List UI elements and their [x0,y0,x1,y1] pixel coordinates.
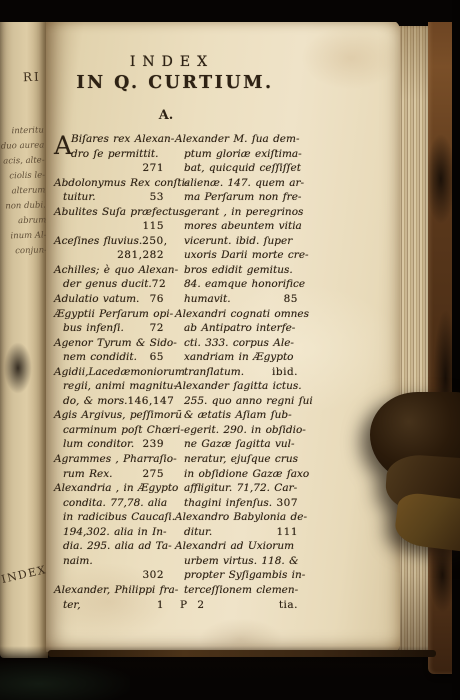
index-entry-text: 255. quo anno regni ſui [175,394,313,409]
neighbor-text-fragment: non dubi. [2,198,46,214]
index-entry-text: ptum gloriæ exiſtima- [175,147,302,162]
book-page: INDEX IN Q. CURTIUM. A. ABiſares rex Ale… [46,20,400,652]
index-line: ab Antipatro interfe- [175,321,300,336]
index-line: nem condidit.65 [54,350,166,365]
index-entry-text: egerit. 290. in obſidio- [175,423,306,438]
book-clasp-lower [393,491,460,552]
index-entry-text: Ægyptii Perſarum opi- [54,307,173,322]
index-line: lum conditor.239 [54,437,166,452]
index-entry-text: bus infenſi. [54,321,124,336]
index-entry-text: Alexander ſagitta ictus. [175,379,302,394]
page-number: 302 [142,568,166,583]
index-line: propter Syſigambis in- [175,568,300,583]
index-entry-text: gerant , in peregrinos [175,205,303,220]
index-line: condita. 77,78. alia [54,496,166,511]
index-line: do, & mors.146,147 [54,394,166,409]
index-line: 255. quo anno regni ſui [175,394,300,409]
index-entry-text: Abdolonymus Rex conſti- [54,176,189,191]
index-line: bus infenſi.72 [54,321,166,336]
index-line: uxoris Darii morte cre- [175,248,300,263]
index-line: tuitur.53 [54,190,166,205]
index-entry-text: Alexander, Philippi fra- [54,583,178,598]
page-number: 307 [276,496,300,511]
page-number: 72 [150,321,166,336]
neighbor-text-fragment: acis, alte- [1,153,45,169]
index-entry-text: Alexandri ad Uxiorum [175,539,294,554]
background-right [452,0,460,700]
index-entry-text: bat, quicquid ceſſiſſet [175,161,301,176]
index-line: Alexandria , in Ægypto [54,481,166,496]
page-number: 53 [150,190,166,205]
index-entry-text: Adulatio vatum. [54,292,139,307]
page-number: 76 [150,292,166,307]
index-line: ptum gloriæ exiſtima- [175,147,300,162]
index-entry-text: Alexandri cognati omnes [175,307,309,322]
index-line: Alexandro Babylonia de- [175,510,300,525]
index-line: Alexandri ad Uxiorum [175,539,300,554]
page-subtitle: IN Q. CURTIUM. [46,73,304,93]
page-number: 1 [157,598,166,613]
index-entry-text: Agis Argivus, peſſimorũ [54,408,182,423]
index-entry-text: propter Syſigambis in- [175,568,305,583]
page-number: 72 [152,277,168,292]
page-number: 275 [142,467,166,482]
background-top [0,0,460,22]
index-entry-text: bros edidit gemitus. [175,263,293,278]
neighbor-index-label: INDEX [0,563,48,586]
page-number: ibid. [272,365,300,380]
drop-cap-letter: A [54,133,72,159]
index-line: ABiſares rex Alexan- [54,132,166,147]
book-clasp [352,392,460,557]
page-number: 65 [150,350,166,365]
index-column-left: ABiſares rex Alexan-dro ſe permittit.271… [54,132,166,612]
index-entry-text: Aceſines fluvius. [54,234,142,249]
index-line: Achilles; è quo Alexan- [54,263,166,278]
index-line: Alexandri cognati omnes [175,307,300,322]
neighbor-text-fragment: conjun- [3,243,47,259]
index-line: 281,282 [54,248,166,263]
index-line: terceſſionem clemen- [175,583,300,598]
index-entry-text: humavit. [175,292,231,307]
index-line: alienæ. 147. quem ar- [175,176,300,191]
index-entry-text: Alexandria , in Ægypto [54,481,178,496]
index-line: ter,1 [54,598,166,613]
index-entry-text: Agidii,Lacedæmoniorum [54,365,185,380]
index-entry-text: terceſſionem clemen- [175,583,298,598]
index-entry-text: ter, [54,598,81,613]
index-line: urbem virtus. 118. & [175,554,300,569]
index-line: Alexander M. ſua dem- [175,132,300,147]
index-entry-text: urbem virtus. 118. & [175,554,298,569]
neighbor-text-fragment: abrum [2,213,46,229]
index-entry-text: der genus ducit. [54,277,152,292]
index-line: der genus ducit.72 [54,277,166,292]
index-entry-text: Agrammes , Pharraſio- [54,452,177,467]
index-entry-text: dia. 295. alia ad Ta- [54,539,172,554]
index-entry-text: tranſlatum. [175,365,244,380]
page-stain [4,342,32,394]
index-entry-text: ma Perſarum non fre- [175,190,301,205]
index-entry-text: lum conditor. [54,437,134,452]
neighbor-text-fragment: ciolis le- [1,168,45,184]
index-entry-text: Achilles; è quo Alexan- [54,263,178,278]
index-line: gerant , in peregrinos [175,205,300,220]
index-line: ditur.111 [175,525,300,540]
index-line: egerit. 290. in obſidio- [175,423,300,438]
index-entry-text: mores abeuntem vitia [175,219,302,234]
page-title: INDEX [46,54,298,70]
index-line: Alexander, Philippi fra- [54,583,166,598]
page-number: 250, [142,234,169,249]
index-entry-text: in obſidione Gazæ ſaxo [175,467,309,482]
index-line: bros edidit gemitus. [175,263,300,278]
page-number: 115 [142,219,166,234]
index-line: & ætatis Aſiam ſub- [175,408,300,423]
index-entry-text: rum Rex. [54,467,112,482]
index-entry-text: condita. 77,78. alia [54,496,167,511]
index-line: rum Rex.275 [54,467,166,482]
index-line: Ægyptii Perſarum opi- [54,307,166,322]
index-line: ne Gazæ ſagitta vul- [175,437,300,452]
page-number: 85 [284,292,300,307]
index-line: bat, quicquid ceſſiſſet [175,161,300,176]
index-line: Agrammes , Pharraſio- [54,452,166,467]
index-entry-text: & ætatis Aſiam ſub- [175,408,292,423]
index-entry-text: tuitur. [54,190,96,205]
neighbor-text-fragment: alterum [1,183,45,199]
index-entry-text: do, & mors. [54,394,127,409]
index-entry-text: xandriam in Ægypto [175,350,293,365]
photo-background: RI interituduo aureaacis, alte-ciolis le… [0,0,460,700]
page-number: 271 [142,161,166,176]
index-line: regii, animi magnitu- [54,379,166,394]
index-entry-text: ditur. [175,525,212,540]
neighbor-page-text-fragments: interituduo aureaacis, alte-ciolis le-al… [0,123,47,259]
index-entry-text: carminum poſt Chœri- [54,423,184,438]
neighbor-text-fragment: inum Al- [3,228,47,244]
index-line: xandriam in Ægypto [175,350,300,365]
neighbor-running-title-fragment: RI [23,70,41,85]
page-number: 111 [276,525,300,540]
index-entry-text: Alexander M. ſua dem- [175,132,300,147]
index-line: tranſlatum.ibid. [175,365,300,380]
index-line: vicerunt. ibid. ſuper [175,234,300,249]
previous-page-edge: RI interituduo aureaacis, alte-ciolis le… [0,12,48,658]
neighbor-text-fragment: interitu [0,123,44,139]
index-entry-text: 194,302. alia in In- [54,525,167,540]
index-entry-text: regii, animi magnitu- [54,379,177,394]
index-columns: ABiſares rex Alexan-dro ſe permittit.271… [54,132,300,612]
index-line: dia. 295. alia ad Ta- [54,539,166,554]
index-entry-text: uxoris Darii morte cre- [175,248,309,263]
index-line: carminum poſt Chœri- [54,423,166,438]
index-line: Agenor Tyrum & Sido- [54,336,166,351]
page-number: 281,282 [117,248,166,263]
index-line: naim. [54,554,166,569]
index-line: 194,302. alia in In- [54,525,166,540]
index-line: Abdolonymus Rex conſti- [54,176,166,191]
index-line: 271 [54,161,166,176]
index-entry-text: cti. 333. corpus Ale- [175,336,294,351]
index-entry-text: 84. eamque honorifice [175,277,305,292]
section-letter: A. [46,108,286,123]
index-entry-text: alienæ. 147. quem ar- [175,176,304,191]
index-line: 302 [54,568,166,583]
index-entry-text: neratur, ejuſque crus [175,452,298,467]
index-entry-text: ne Gazæ ſagitta vul- [175,437,295,452]
index-line: Alexander ſagitta ictus. [175,379,300,394]
background-bottom-shadow [0,660,130,700]
index-line: Aceſines fluvius.250, [54,234,166,249]
index-line: humavit.85 [175,292,300,307]
index-line: neratur, ejuſque crus [175,452,300,467]
neighbor-text-fragment: duo aurea [0,138,44,154]
index-entry-text: Alexandro Babylonia de- [175,510,307,525]
index-line: affligitur. 71,72. Car- [175,481,300,496]
page-number: 239 [142,437,166,452]
index-line: thagini infenſus.307 [175,496,300,511]
index-line: cti. 333. corpus Ale- [175,336,300,351]
index-entry-text: naim. [54,554,93,569]
index-entry-text: thagini infenſus. [175,496,272,511]
page-number: 146,147 [127,394,176,409]
catchword: tia. [279,598,300,613]
index-entry-text: nem condidit. [54,350,137,365]
index-line: P 2tia. [175,598,300,613]
index-entry-text: ab Antipatro interfe- [175,321,295,336]
index-line: Agidii,Lacedæmoniorum [54,365,166,380]
index-line: Agis Argivus, peſſimorũ [54,408,166,423]
index-line: Adulatio vatum.76 [54,292,166,307]
index-entry-text: Agenor Tyrum & Sido- [54,336,177,351]
index-line: mores abeuntem vitia [175,219,300,234]
index-line: Abulites Suſa præfectus. [54,205,166,220]
index-entry-text: in radicibus Caucaſi. [54,510,175,525]
index-line: ma Perſarum non fre- [175,190,300,205]
book-bottom-edge [48,650,436,657]
index-line: in radicibus Caucaſi. [54,510,166,525]
index-column-right: Alexander M. ſua dem-ptum gloriæ exiſtim… [175,132,300,612]
index-line: 115 [54,219,166,234]
signature-mark: P 2 [175,598,207,613]
index-entry-text: vicerunt. ibid. ſuper [175,234,292,249]
index-line: 84. eamque honorifice [175,277,300,292]
book-fore-edge [396,26,432,652]
index-line: in obſidione Gazæ ſaxo [175,467,300,482]
page-content: INDEX IN Q. CURTIUM. A. ABiſares rex Ale… [46,20,400,652]
index-entry-text: Abulites Suſa præfectus. [54,205,188,220]
index-entry-text: affligitur. 71,72. Car- [175,481,297,496]
